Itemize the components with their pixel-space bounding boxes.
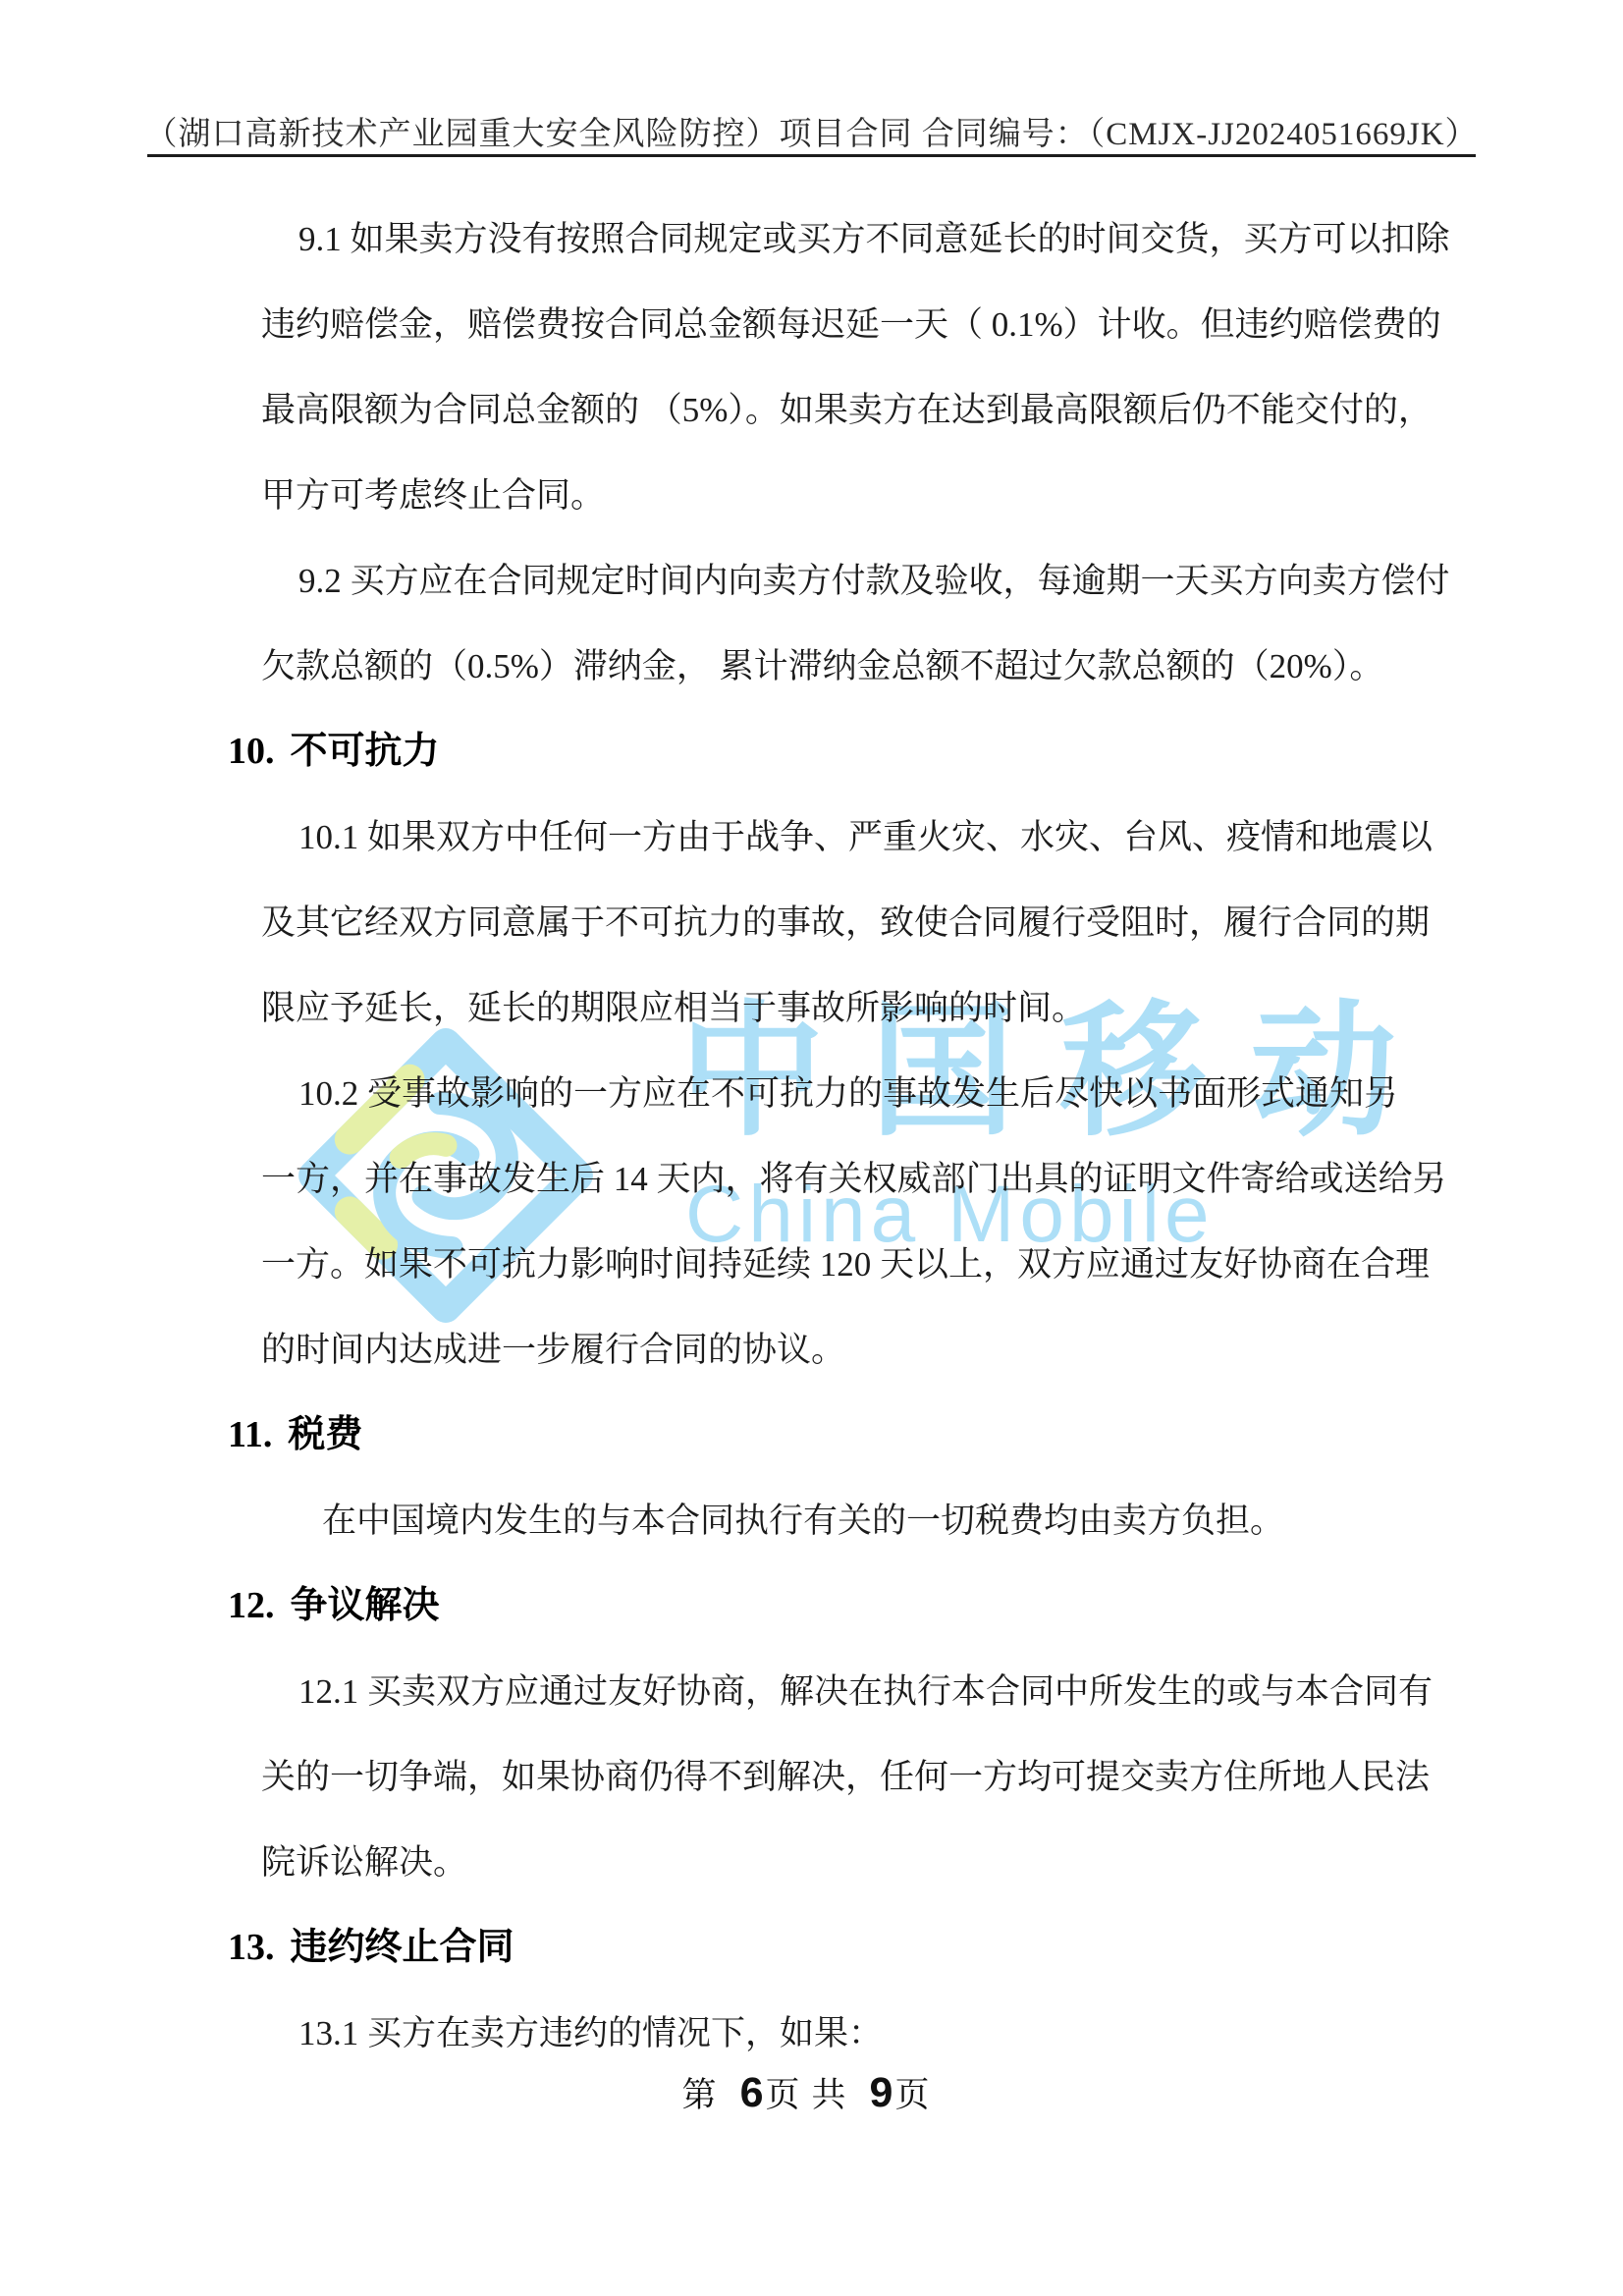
footer-current-page: 6 [740, 2069, 764, 2117]
page-number-footer: 第 6 页 共 9 页 [0, 2068, 1623, 2117]
doc-line: 及其它经双方同意属于不可抗力的事故，致使合同履行受阻时，履行合同的期 [0, 880, 1623, 965]
doc-line: 10.2 受事故影响的一方应在不可抗力的事故发生后尽快以书面形式通知另 [0, 1051, 1623, 1136]
doc-line: 违约赔偿金，赔偿费按合同总金额每迟延一天（ 0.1%）计收。但违约赔偿费的 [0, 282, 1623, 367]
doc-line: 一方。如果不可抗力影响时间持延续 120 天以上，双方应通过友好协商在合理 [0, 1222, 1623, 1307]
header-divider [147, 154, 1476, 157]
section-heading-13: 13.违约终止合同 [0, 1905, 1623, 1991]
doc-line: 甲方可考虑终止合同。 [0, 453, 1623, 538]
doc-line: 13.1 买方在卖方违约的情况下，如果： [0, 1991, 1623, 2076]
doc-line: 的时间内达成进一步履行合同的协议。 [0, 1307, 1623, 1393]
doc-line: 9.1 如果卖方没有按照合同规定或买方不同意延长的时间交货，买方可以扣除 [0, 196, 1623, 282]
page-header-title: （湖口高新技术产业园重大安全风险防控）项目合同 合同编号：（CMJX-JJ202… [0, 108, 1623, 154]
section-heading-11: 11.税费 [0, 1393, 1623, 1478]
doc-line: 关的一切争端，如果协商仍得不到解决，任何一方均可提交卖方住所地人民法 [0, 1734, 1623, 1820]
contract-page: 中国移动 China Mobile （湖口高新技术产业园重大安全风险防控）项目合… [0, 0, 1623, 2296]
doc-line: 10.1 如果双方中任何一方由于战争、严重火灾、水灾、台风、疫情和地震以 [0, 794, 1623, 880]
footer-page-label-1: 页 [765, 2068, 799, 2117]
doc-line: 最高限额为合同总金额的 （5%）。如果卖方在达到最高限额后仍不能交付的， [0, 367, 1623, 453]
section-heading-10: 10.不可抗力 [0, 709, 1623, 794]
doc-line: 院诉讼解决。 [0, 1820, 1623, 1905]
footer-prefix: 第 [682, 2068, 717, 2117]
doc-line: 在中国境内发生的与本合同执行有关的一切税费均由卖方负担。 [0, 1478, 1623, 1563]
footer-page-label-2: 页 [894, 2068, 929, 2117]
footer-total-pages: 9 [870, 2069, 893, 2117]
doc-line: 12.1 买卖双方应通过友好协商，解决在执行本合同中所发生的或与本合同有 [0, 1649, 1623, 1734]
doc-line: 欠款总额的（0.5%）滞纳金， 累计滞纳金总额不超过欠款总额的（20%）。 [0, 624, 1623, 709]
footer-middle: 共 [812, 2068, 846, 2117]
section-heading-12: 12.争议解决 [0, 1563, 1623, 1649]
doc-line: 限应予延长，延长的期限应相当于事故所影响的时间。 [0, 965, 1623, 1051]
doc-line: 9.2 买方应在合同规定时间内向卖方付款及验收，每逾期一天买方向卖方偿付 [0, 538, 1623, 624]
doc-line: 一方，并在事故发生后 14 天内，将有关权威部门出具的证明文件寄给或送给另 [0, 1136, 1623, 1222]
document-body: 9.1 如果卖方没有按照合同规定或买方不同意延长的时间交货，买方可以扣除 违约赔… [0, 196, 1623, 2076]
